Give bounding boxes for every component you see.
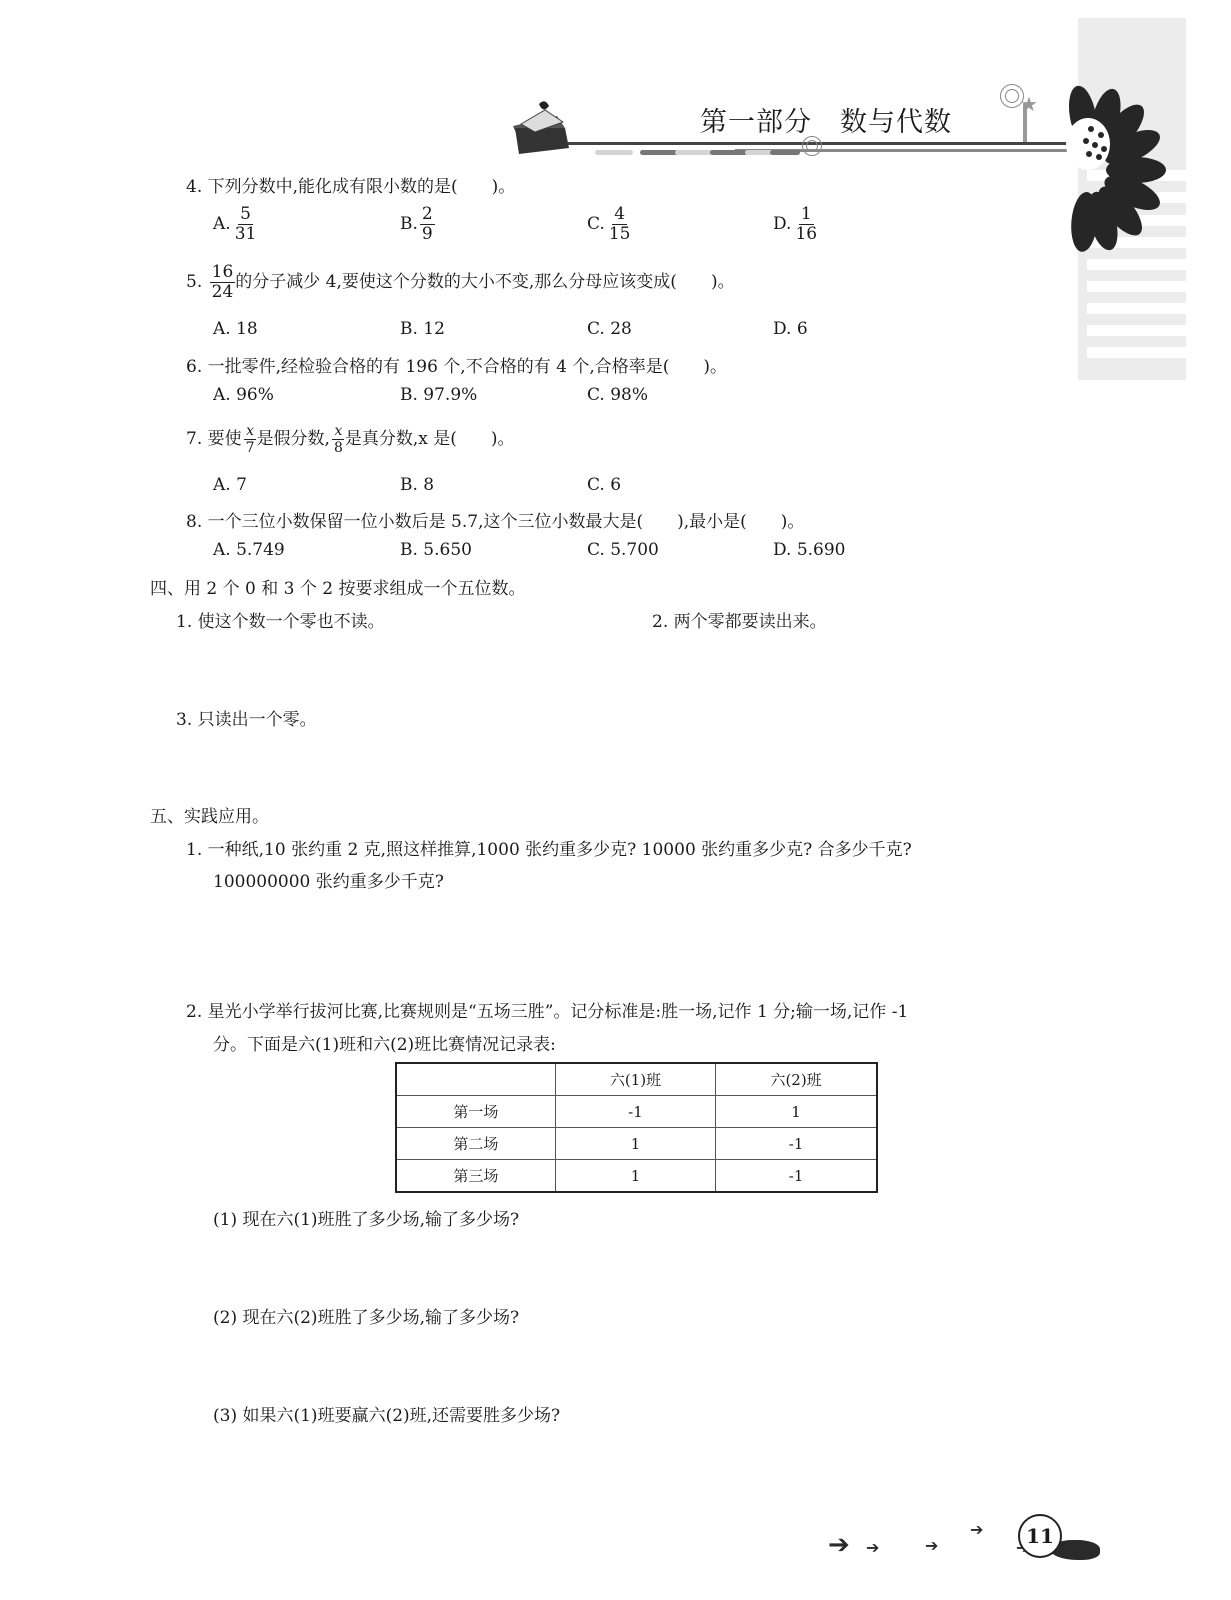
fraction: 116 [793, 206, 819, 243]
table-cell: 第三场 [396, 1160, 555, 1193]
practice-q1-line1: 1. 一种纸,10 张约重 2 克,照这样推算,1000 张约重多少克? 100… [186, 835, 912, 860]
question-text: 下列分数中,能化成有限小数的是( )。 [208, 177, 516, 197]
option-b[interactable]: B. 8 [400, 475, 434, 495]
option-a[interactable]: A. 18 [213, 319, 258, 339]
book-icon [505, 98, 575, 158]
side-stripe [1087, 347, 1186, 358]
question-8: 8. 一个三位小数保留一位小数后是 5.7,这个三位小数最大是( ),最小是( … [186, 507, 804, 532]
table-header-cell: 六(1)班 [555, 1063, 715, 1096]
fish-icon: ➔ [925, 1536, 938, 1555]
question-5: 5. 1624的分子减少 4,要使这个分数的大小不变,那么分母应该变成( )。 [186, 264, 735, 301]
question-7: 7. 要使x7是假分数,x8是真分数,x 是( )。 [186, 424, 515, 455]
question-6: 6. 一批零件,经检验合格的有 196 个,不合格的有 4 个,合格率是( )。 [186, 352, 727, 377]
table-cell: 1 [555, 1128, 715, 1160]
option-b[interactable]: B. 5.650 [400, 540, 472, 560]
side-stripe [1087, 325, 1186, 336]
page-section-title: 第一部分 数与代数 [700, 100, 952, 139]
option-d[interactable]: D. 6 [773, 319, 808, 339]
target-circle-icon [806, 140, 818, 152]
header-dash [640, 150, 678, 155]
option-b[interactable]: B. 12 [400, 319, 445, 339]
fraction: 415 [607, 206, 633, 243]
fraction: 531 [233, 206, 259, 243]
fraction: x8 [332, 424, 345, 455]
section-4-item-2: 2. 两个零都要读出来。 [652, 607, 827, 632]
section-4-item-1: 1. 使这个数一个零也不读。 [176, 607, 385, 632]
table-cell: -1 [555, 1096, 715, 1128]
question-number: 8. [186, 512, 202, 532]
seed [1088, 126, 1094, 132]
table-cell: -1 [716, 1128, 877, 1160]
option-b[interactable]: B. 97.9% [400, 385, 477, 405]
table-cell: 1 [555, 1160, 715, 1193]
side-stripe [1087, 281, 1186, 292]
table-cell: -1 [716, 1160, 877, 1193]
option-c[interactable]: C. 28 [587, 319, 632, 339]
option-c[interactable]: C. 98% [587, 385, 648, 405]
section-4-title: 四、用 2 个 0 和 3 个 2 按要求组成一个五位数。 [150, 574, 526, 599]
header-rule [568, 142, 1088, 145]
option-a[interactable]: A. 7 [213, 475, 247, 495]
option-d[interactable]: D.116 [773, 206, 819, 243]
option-a[interactable]: A. 5.749 [213, 540, 285, 560]
question-text: 一个三位小数保留一位小数后是 5.7,这个三位小数最大是( ),最小是( )。 [208, 512, 805, 532]
table-cell: 1 [716, 1096, 877, 1128]
sub-question-2: (2) 现在六(2)班胜了多少场,输了多少场? [213, 1303, 519, 1328]
practice-q2-line2: 分。下面是六(1)班和六(2)班比赛情况记录表: [213, 1030, 556, 1055]
option-a[interactable]: A.531 [213, 206, 258, 243]
table-header-cell: 六(2)班 [716, 1063, 877, 1096]
question-number: 5. [186, 272, 202, 292]
header-dash [595, 150, 633, 155]
header-dash [675, 150, 713, 155]
practice-q2-line1: 2. 星光小学举行拔河比赛,比赛规则是“五场三胜”。记分标准是:胜一场,记作 1… [186, 997, 908, 1022]
header-dash [710, 150, 748, 155]
seed [1092, 142, 1098, 148]
page-number: 11 [1018, 1514, 1062, 1558]
fish-icon: ➔ [866, 1538, 879, 1557]
table-row: 第三场 1 -1 [396, 1160, 877, 1193]
question-4: 4. 下列分数中,能化成有限小数的是( )。 [186, 172, 515, 197]
fish-icon: ➔ [970, 1520, 983, 1539]
section-5-title: 五、实践应用。 [150, 802, 269, 827]
sub-question-3: (3) 如果六(1)班要赢六(2)班,还需要胜多少场? [213, 1401, 560, 1426]
fraction: 29 [420, 206, 435, 243]
fraction: 1624 [210, 264, 236, 301]
question-text: 的分子减少 4,要使这个分数的大小不变,那么分母应该变成( )。 [235, 272, 734, 292]
question-number: 7. [186, 429, 202, 449]
table-row: 第二场 1 -1 [396, 1128, 877, 1160]
question-number: 6. [186, 357, 202, 377]
section-4-item-3: 3. 只读出一个零。 [176, 705, 317, 730]
question-number: 4. [186, 177, 202, 197]
match-record-table: 六(1)班 六(2)班 第一场 -1 1 第二场 1 -1 第三场 1 -1 [395, 1062, 878, 1193]
target-circle-icon [1005, 89, 1019, 103]
seed [1083, 138, 1089, 144]
star-icon: ★ [1020, 92, 1038, 116]
seed [1096, 154, 1102, 160]
fraction: x7 [244, 424, 257, 455]
option-c[interactable]: C. 5.700 [587, 540, 659, 560]
option-c[interactable]: C. 6 [587, 475, 621, 495]
header-dash [770, 150, 800, 155]
practice-q1-line2: 100000000 张约重多少千克? [213, 867, 444, 892]
seed [1098, 132, 1104, 138]
table-cell: 第一场 [396, 1096, 555, 1128]
seed [1086, 151, 1092, 157]
side-stripe [1087, 259, 1186, 270]
table-header-cell [396, 1063, 555, 1096]
option-a[interactable]: A. 96% [213, 385, 274, 405]
option-d[interactable]: D. 5.690 [773, 540, 846, 560]
option-c[interactable]: C.415 [587, 206, 632, 243]
seed [1101, 146, 1107, 152]
table-header-row: 六(1)班 六(2)班 [396, 1063, 877, 1096]
table-row: 第一场 -1 1 [396, 1096, 877, 1128]
option-b[interactable]: B.29 [400, 206, 435, 243]
side-stripe [1087, 303, 1186, 314]
question-text: 一批零件,经检验合格的有 196 个,不合格的有 4 个,合格率是( )。 [208, 357, 727, 377]
table-cell: 第二场 [396, 1128, 555, 1160]
sub-question-1: (1) 现在六(1)班胜了多少场,输了多少场? [213, 1205, 519, 1230]
fish-icon: ➔ [828, 1530, 850, 1560]
